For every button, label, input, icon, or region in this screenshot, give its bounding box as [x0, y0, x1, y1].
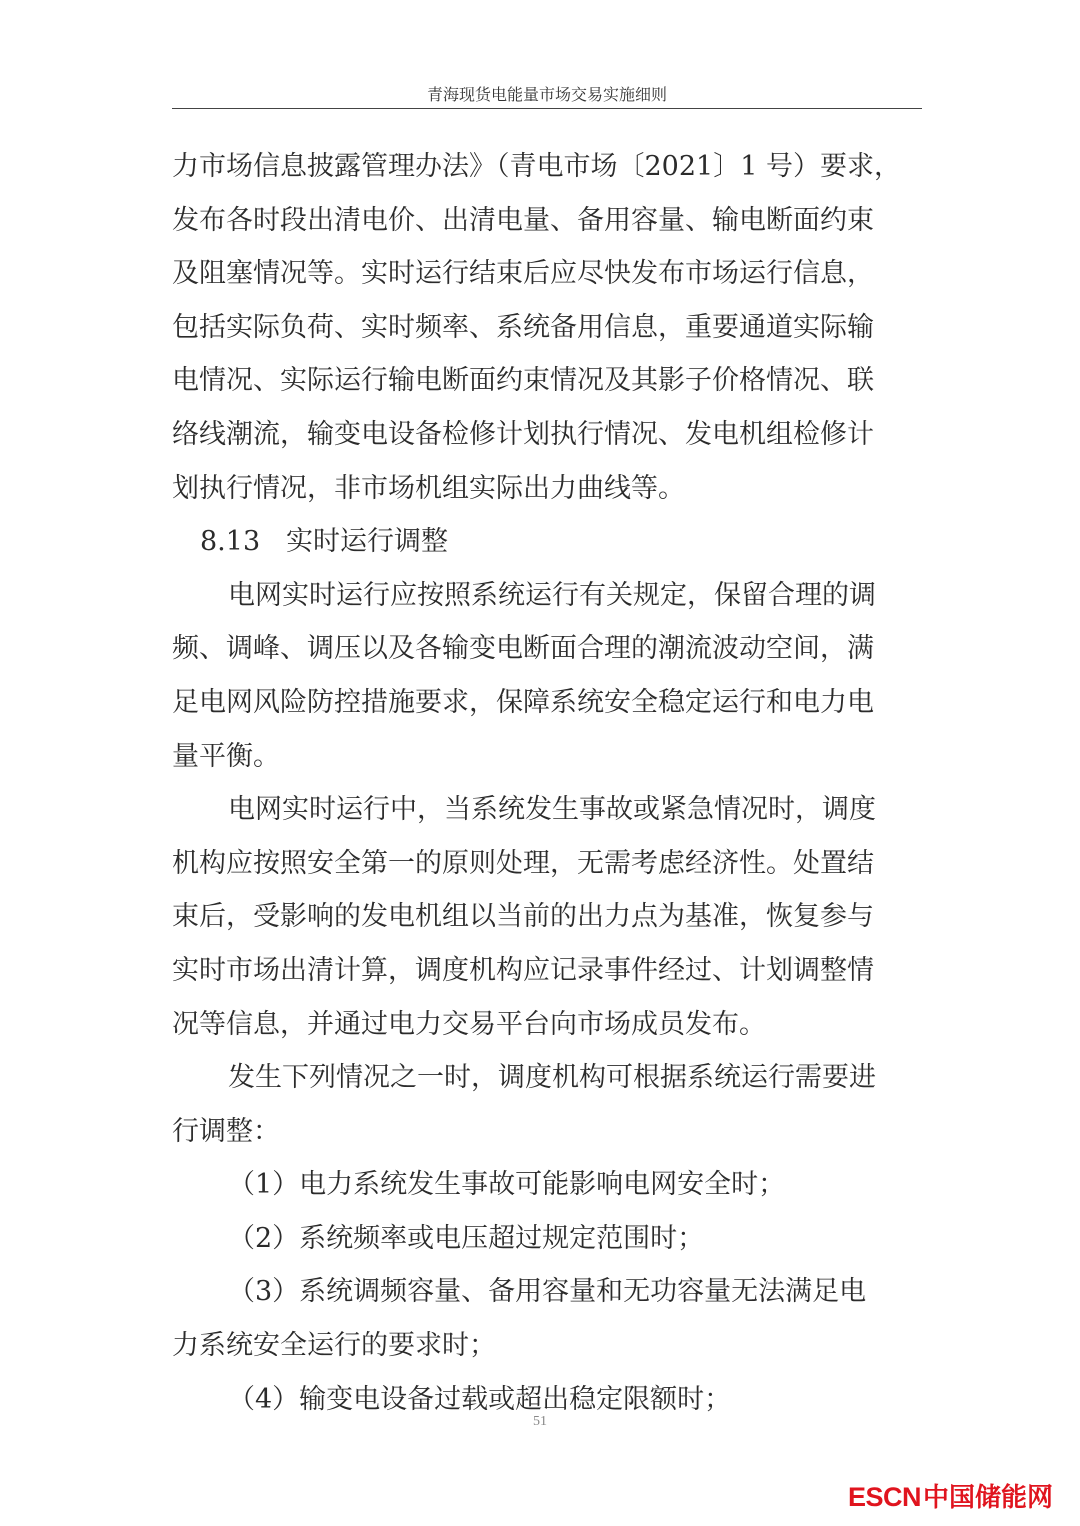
document-body: 力市场信息披露管理办法》（青电市场〔2021〕1 号）要求， 发布各时段出清电价…: [172, 140, 922, 1426]
paragraph-line: 包括实际负荷、实时频率、系统备用信息，重要通道实际输: [172, 301, 922, 355]
paragraph-line: 行调整：: [172, 1105, 922, 1159]
list-item: （1）电力系统发生事故可能影响电网安全时；: [172, 1158, 922, 1212]
paragraph-line: 电网实时运行中，当系统发生事故或紧急情况时，调度: [172, 783, 922, 837]
paragraph-line: 发布各时段出清电价、出清电量、备用容量、输电断面约束: [172, 194, 922, 248]
page-number: 51: [0, 1414, 1080, 1430]
paragraph-line: 量平衡。: [172, 730, 922, 784]
paragraph-line: 划执行情况，非市场机组实际出力曲线等。: [172, 462, 922, 516]
paragraph-line: 频、调峰、调压以及各输变电断面合理的潮流波动空间，满: [172, 622, 922, 676]
paragraph-line: 及阻塞情况等。实时运行结束后应尽快发布市场运行信息，: [172, 247, 922, 301]
section-heading: 8.13实时运行调整: [172, 515, 922, 569]
logo-chinese: 中国储能网: [923, 1482, 1053, 1512]
paragraph-line: 况等信息，并通过电力交易平台向市场成员发布。: [172, 998, 922, 1052]
list-item: （3）系统调频容量、备用容量和无功容量无法满足电: [172, 1265, 922, 1319]
escn-watermark-logo: ESCN中国储能网: [848, 1477, 1053, 1514]
list-item: （2）系统频率或电压超过规定范围时；: [172, 1212, 922, 1266]
logo-latin: ESCN: [848, 1482, 921, 1512]
paragraph-line: 络线潮流，输变电设备检修计划执行情况、发电机组检修计: [172, 408, 922, 462]
list-item-continuation: 力系统安全运行的要求时；: [172, 1319, 922, 1373]
running-header: 青海现货电能量市场交易实施细则: [172, 82, 922, 105]
paragraph-line: 束后，受影响的发电机组以当前的出力点为基准，恢复参与: [172, 890, 922, 944]
paragraph-line: 实时市场出清计算，调度机构应记录事件经过、计划调整情: [172, 944, 922, 998]
section-number: 8.13: [200, 515, 286, 569]
paragraph-line: 力市场信息披露管理办法》（青电市场〔2021〕1 号）要求，: [172, 140, 922, 194]
paragraph-line: 足电网风险防控措施要求，保障系统安全稳定运行和电力电: [172, 676, 922, 730]
section-title: 实时运行调整: [286, 526, 448, 557]
paragraph-line: 电网实时运行应按照系统运行有关规定，保留合理的调: [172, 569, 922, 623]
paragraph-line: 机构应按照安全第一的原则处理，无需考虑经济性。处置结: [172, 837, 922, 891]
paragraph-line: 电情况、实际运行输电断面约束情况及其影子价格情况、联: [172, 354, 922, 408]
paragraph-line: 发生下列情况之一时，调度机构可根据系统运行需要进: [172, 1051, 922, 1105]
header-divider: [172, 108, 922, 109]
